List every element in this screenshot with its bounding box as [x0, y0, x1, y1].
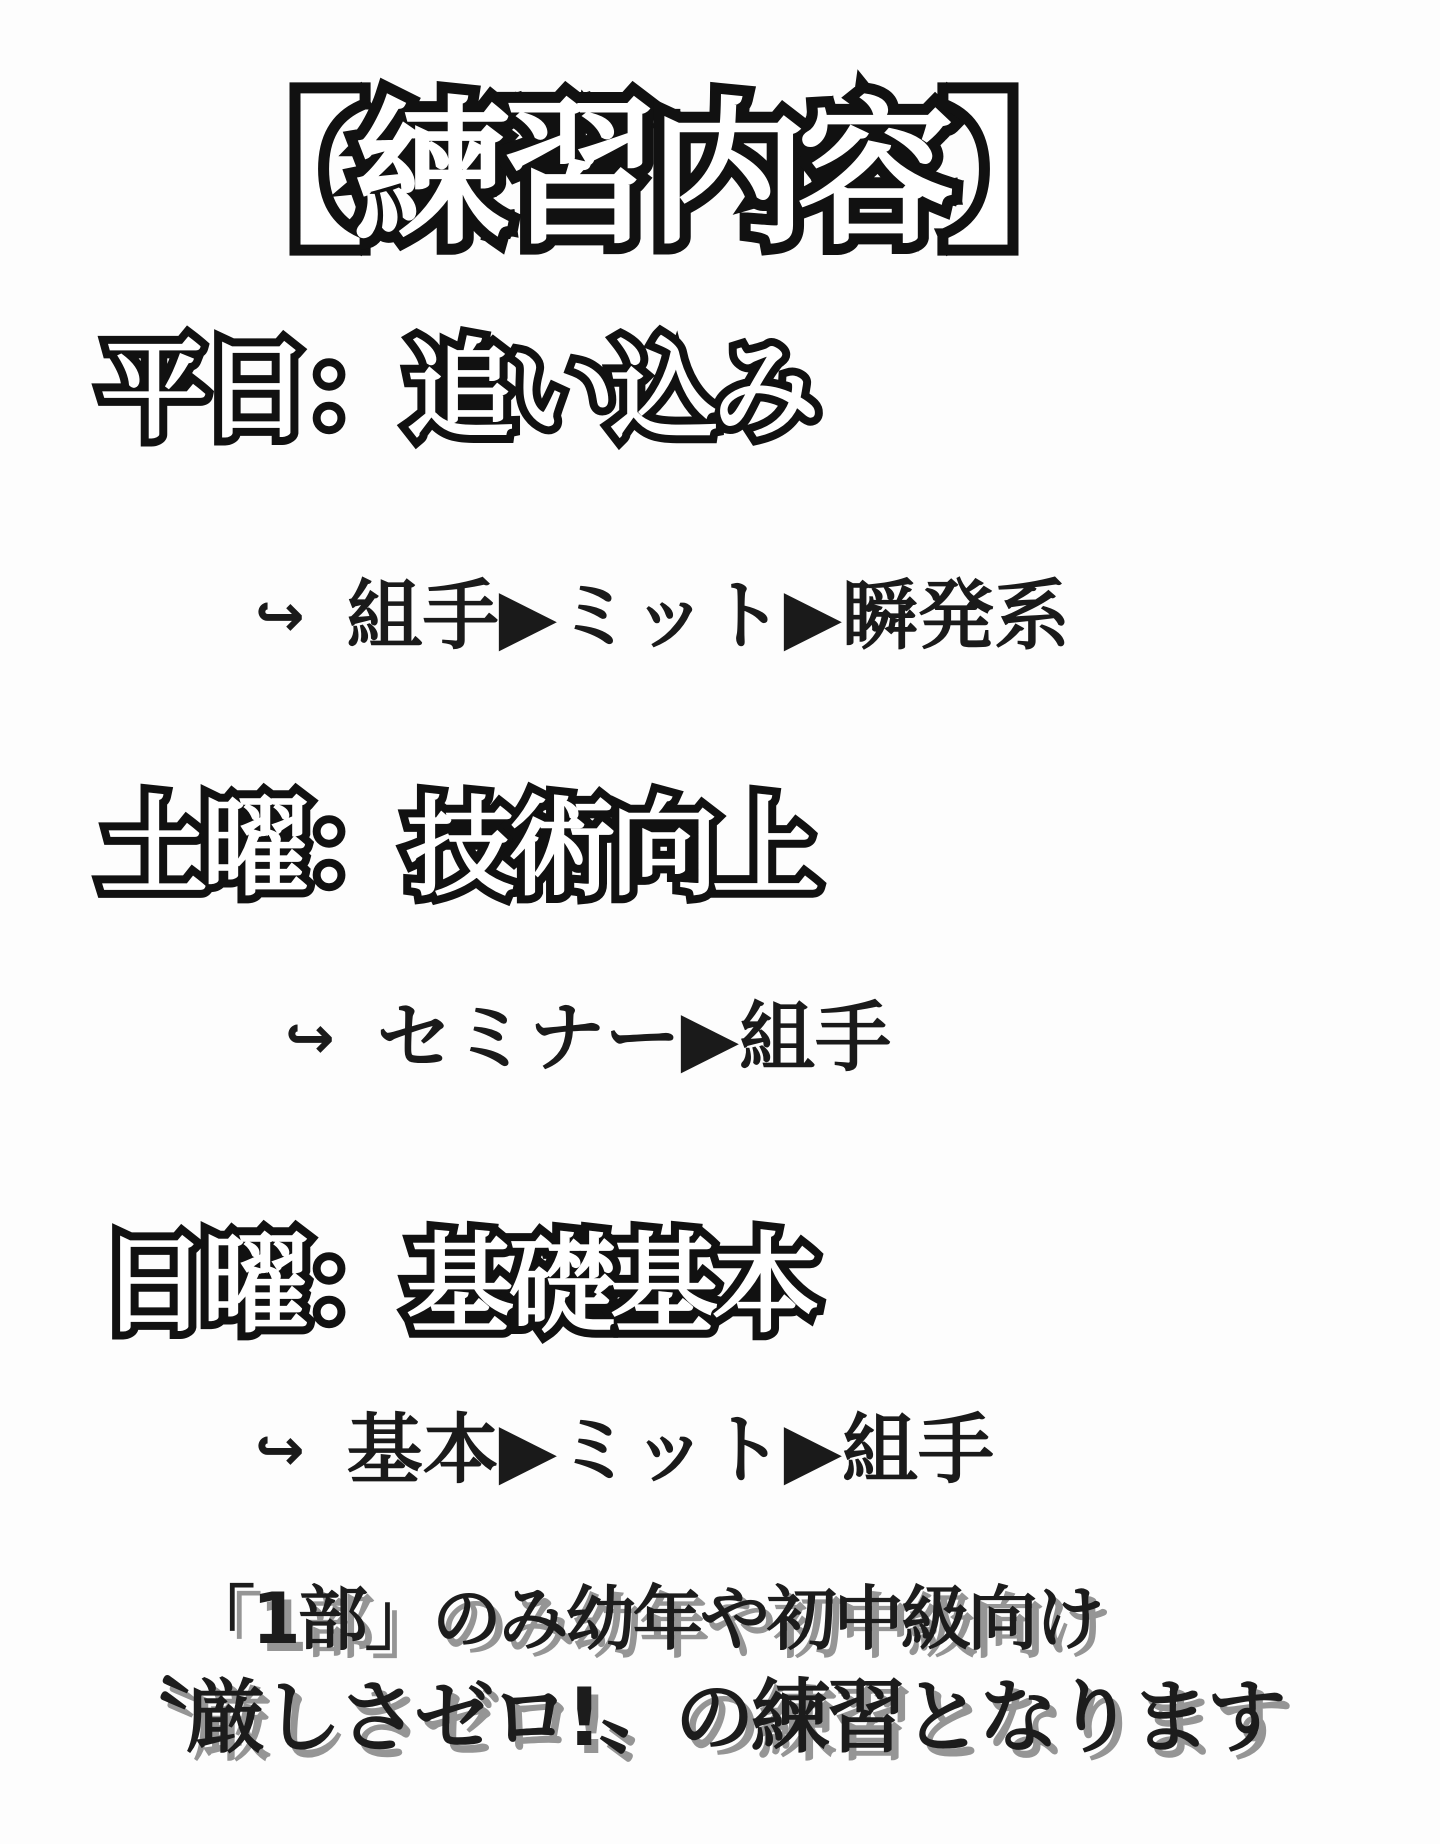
weekday-detail-text: 組手▶ミット▶瞬発系 [347, 571, 1070, 660]
training-poster: 【練習内容】 【練習内容】 平日：追い込み 平日：追い込み ↪組手▶ミット▶瞬発… [0, 0, 1440, 1844]
sunday-detail-text: 基本▶ミット▶組手 [347, 1405, 994, 1494]
weekday-heading: 平日：追い込み 平日：追い込み [100, 338, 814, 446]
poster-title: 【練習内容】 【練習内容】 [205, 96, 1093, 254]
weekday-detail: ↪組手▶ミット▶瞬発系 [255, 578, 1070, 654]
hook-arrow-icon: ↪ [255, 581, 305, 650]
saturday-heading: 土曜：技術向上 土曜：技術向上 [100, 795, 814, 903]
sunday-heading-fill: 日曜：基礎基本 [100, 1232, 814, 1340]
saturday-heading-fill: 土曜：技術向上 [100, 795, 814, 903]
saturday-detail-text: セミナー▶組手 [377, 993, 891, 1082]
poster-title-fill: 【練習内容】 [205, 96, 1093, 254]
sunday-detail: ↪基本▶ミット▶組手 [255, 1412, 994, 1488]
hook-arrow-icon: ↪ [255, 1415, 305, 1484]
sunday-heading: 日曜：基礎基本 日曜：基礎基本 [100, 1232, 814, 1340]
footer-note-line2: 〝厳しさゼロ!〟の練習となります [110, 1678, 1282, 1758]
weekday-heading-fill: 平日：追い込み [100, 338, 814, 446]
hook-arrow-icon: ↪ [285, 1003, 335, 1072]
saturday-detail: ↪セミナー▶組手 [285, 1000, 891, 1076]
footer-note-line1: 「1部」のみ幼年や初中級向け [185, 1584, 1102, 1654]
